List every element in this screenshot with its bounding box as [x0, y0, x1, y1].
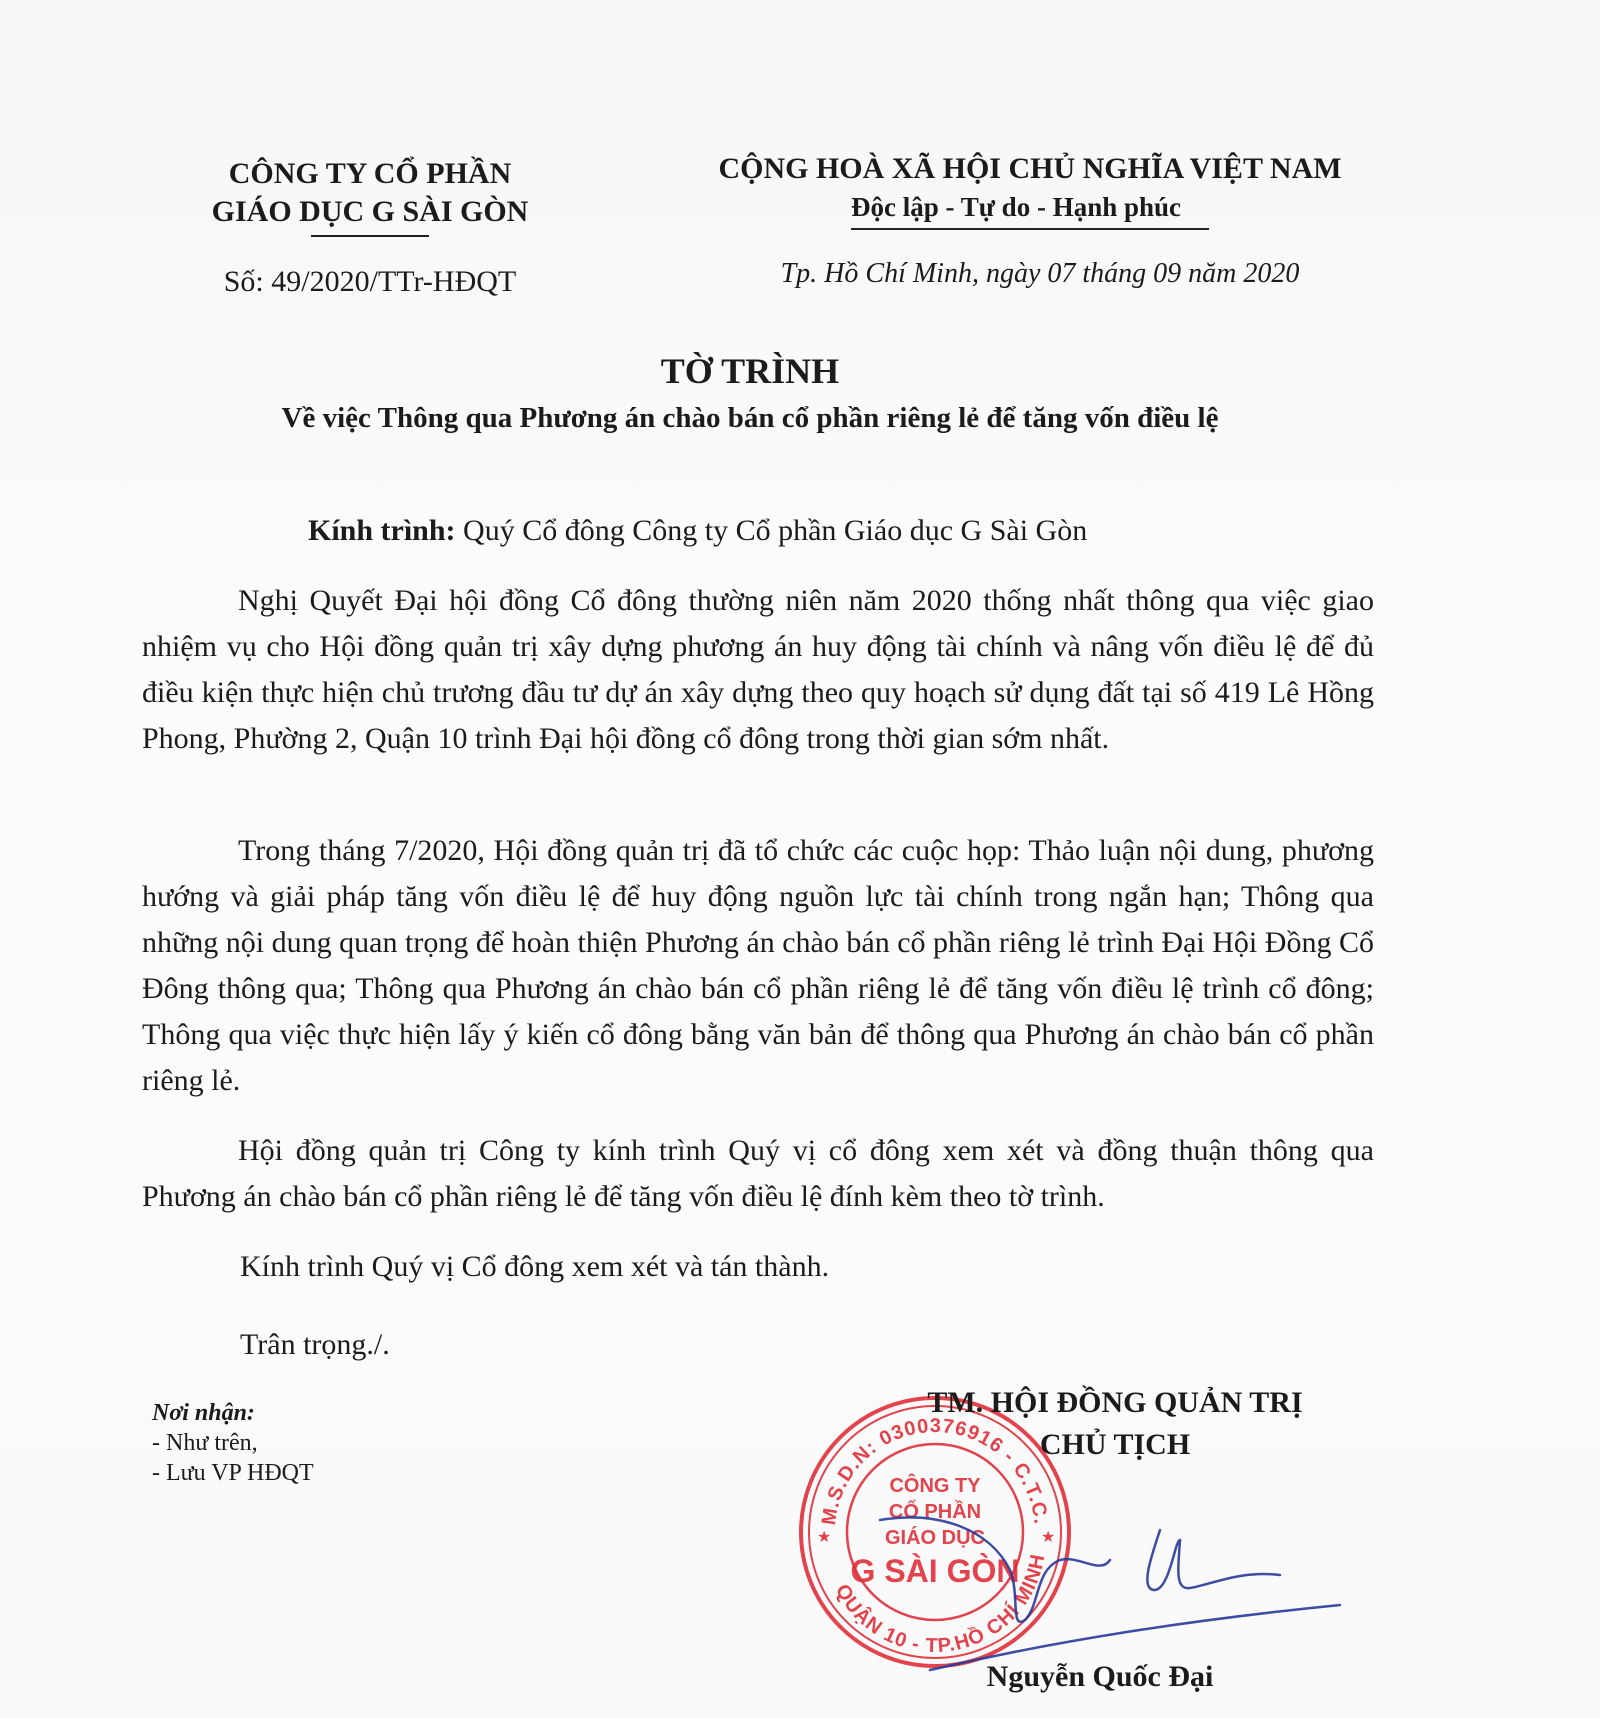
recipients-block: Nơi nhận: - Như trên, - Lưu VP HĐQT: [152, 1398, 314, 1488]
regards: Trân trọng./.: [240, 1328, 390, 1362]
recipients-label: Nơi nhận:: [152, 1398, 314, 1428]
body-paragraph: Hội đồng quản trị Công ty kính trình Quý…: [142, 1128, 1374, 1220]
company-header: CÔNG TY CỔ PHẦN GIÁO DỤC G SÀI GÒN: [160, 155, 580, 237]
header-divider: [311, 235, 429, 237]
addressee-label: Kính trình:: [308, 514, 456, 547]
recipient-item: - Như trên,: [152, 1428, 314, 1458]
signer-name: Nguyễn Quốc Đại: [900, 1660, 1300, 1694]
document-page: CÔNG TY CỔ PHẦN GIÁO DỤC G SÀI GÒN Số: 4…: [0, 0, 1600, 1718]
signature-title: TM. HỘI ĐỒNG QUẢN TRỊ CHỦ TỊCH: [880, 1382, 1350, 1466]
paragraph-text: Hội đồng quản trị Công ty kính trình Quý…: [142, 1128, 1374, 1220]
position-label: CHỦ TỊCH: [880, 1424, 1350, 1466]
recipient-item: - Lưu VP HĐQT: [152, 1458, 314, 1488]
handwritten-signature-icon: [860, 1500, 1360, 1680]
body-paragraph: Nghị Quyết Đại hội đồng Cổ đông thường n…: [142, 578, 1374, 762]
svg-text:CÔNG TY: CÔNG TY: [889, 1473, 981, 1497]
paragraph-text: Nghị Quyết Đại hội đồng Cổ đông thường n…: [142, 578, 1374, 762]
company-name-line2: GIÁO DỤC G SÀI GÒN: [160, 193, 580, 231]
nation-title: CỘNG HOÀ XÃ HỘI CHỦ NGHĨA VIỆT NAM: [680, 150, 1380, 188]
nation-header: CỘNG HOÀ XÃ HỘI CHỦ NGHĨA VIỆT NAM Độc l…: [680, 150, 1380, 230]
closing-request: Kính trình Quý vị Cổ đông xem xét và tán…: [240, 1250, 829, 1284]
place-date: Tp. Hồ Chí Minh, ngày 07 tháng 09 năm 20…: [700, 258, 1380, 290]
document-title: TỜ TRÌNH: [150, 350, 1350, 392]
motto: Độc lập - Tự do - Hạnh phúc: [851, 188, 1209, 230]
paragraph-text: Trong tháng 7/2020, Hội đồng quản trị đã…: [142, 828, 1374, 1104]
body-paragraph: Trong tháng 7/2020, Hội đồng quản trị đã…: [142, 828, 1374, 1104]
addressee: Kính trình: Quý Cổ đông Công ty Cổ phần …: [308, 514, 1087, 548]
addressee-value: Quý Cổ đông Công ty Cổ phần Giáo dục G S…: [456, 514, 1088, 547]
company-name-line1: CÔNG TY CỔ PHẦN: [160, 155, 580, 193]
document-number: Số: 49/2020/TTr-HĐQT: [160, 265, 580, 299]
on-behalf-label: TM. HỘI ĐỒNG QUẢN TRỊ: [880, 1382, 1350, 1424]
svg-text:★: ★: [817, 1529, 831, 1546]
document-subject: Về việc Thông qua Phương án chào bán cổ …: [150, 402, 1350, 435]
